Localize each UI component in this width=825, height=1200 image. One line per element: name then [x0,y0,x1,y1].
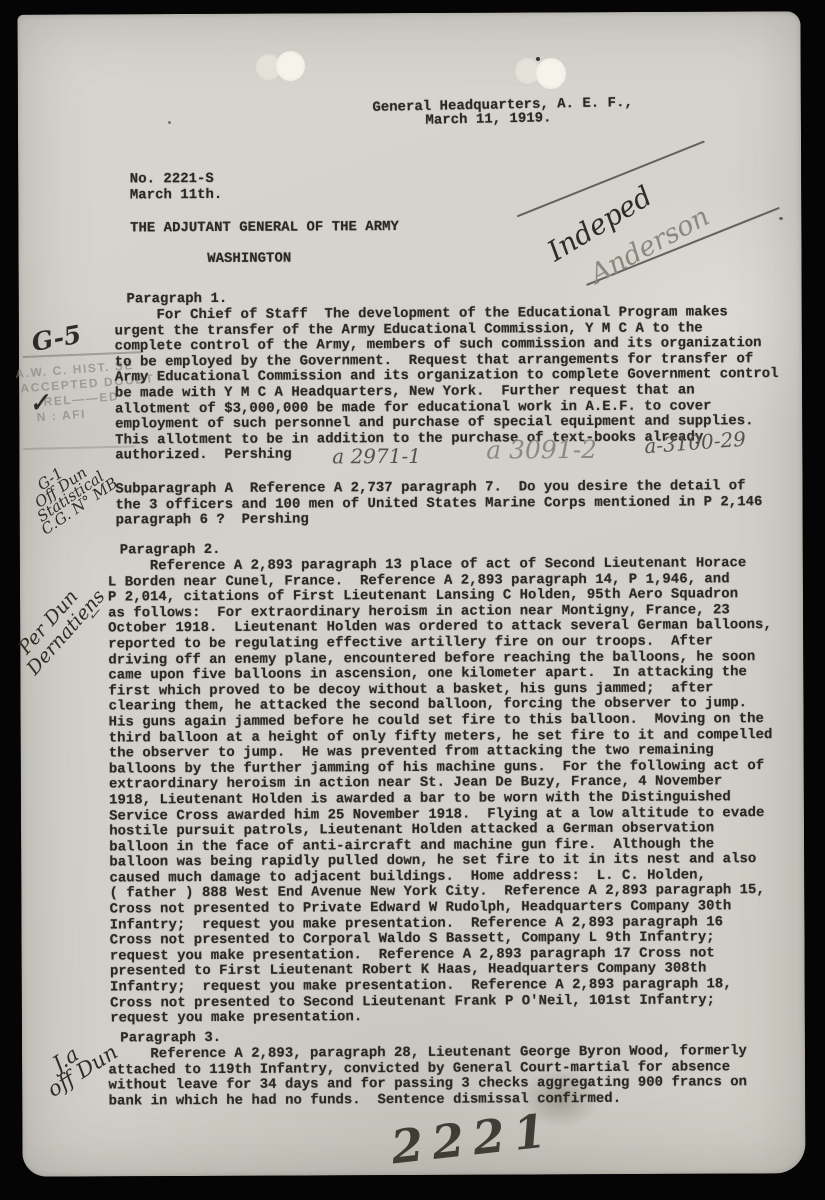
subparagraph-a-text: Subparagraph A Reference A 2,737 paragra… [115,479,762,529]
paragraph-1-label: Paragraph 1. [126,292,227,308]
page-number-pencil: 2221 [388,1103,557,1175]
margin-note-g1: G-1 Off Dun Statistical C.G. N° MB [17,444,119,537]
paragraph-2-label: Paragraph 2. [120,543,221,559]
margin-note-g5: G-5 [29,320,83,357]
stamp-checkmark-icon: ✓ [27,387,51,419]
paragraph-3-text: Reference A 2,893, paragraph 28, Lieuten… [108,1044,747,1110]
paragraph-2-text: Reference A 2,893 paragraph 13 place of … [108,556,774,1027]
recipient-city: WASHINGTON [207,252,291,268]
ref-number-2: a 3091-2 [486,435,597,465]
paragraph-3-label: Paragraph 3. [120,1031,221,1047]
letterhead-date: March 11, 1919. [425,111,551,129]
doc-date: March 11th. [130,188,223,204]
margin-note-perdun: Per Dun Dernatiens [8,573,108,679]
doc-number: No. 2221-S [130,172,214,188]
recipient-line: THE ADJUTANT GENERAL OF THE ARMY [130,220,399,237]
ref-number-1: a 2971-1 [332,444,421,468]
